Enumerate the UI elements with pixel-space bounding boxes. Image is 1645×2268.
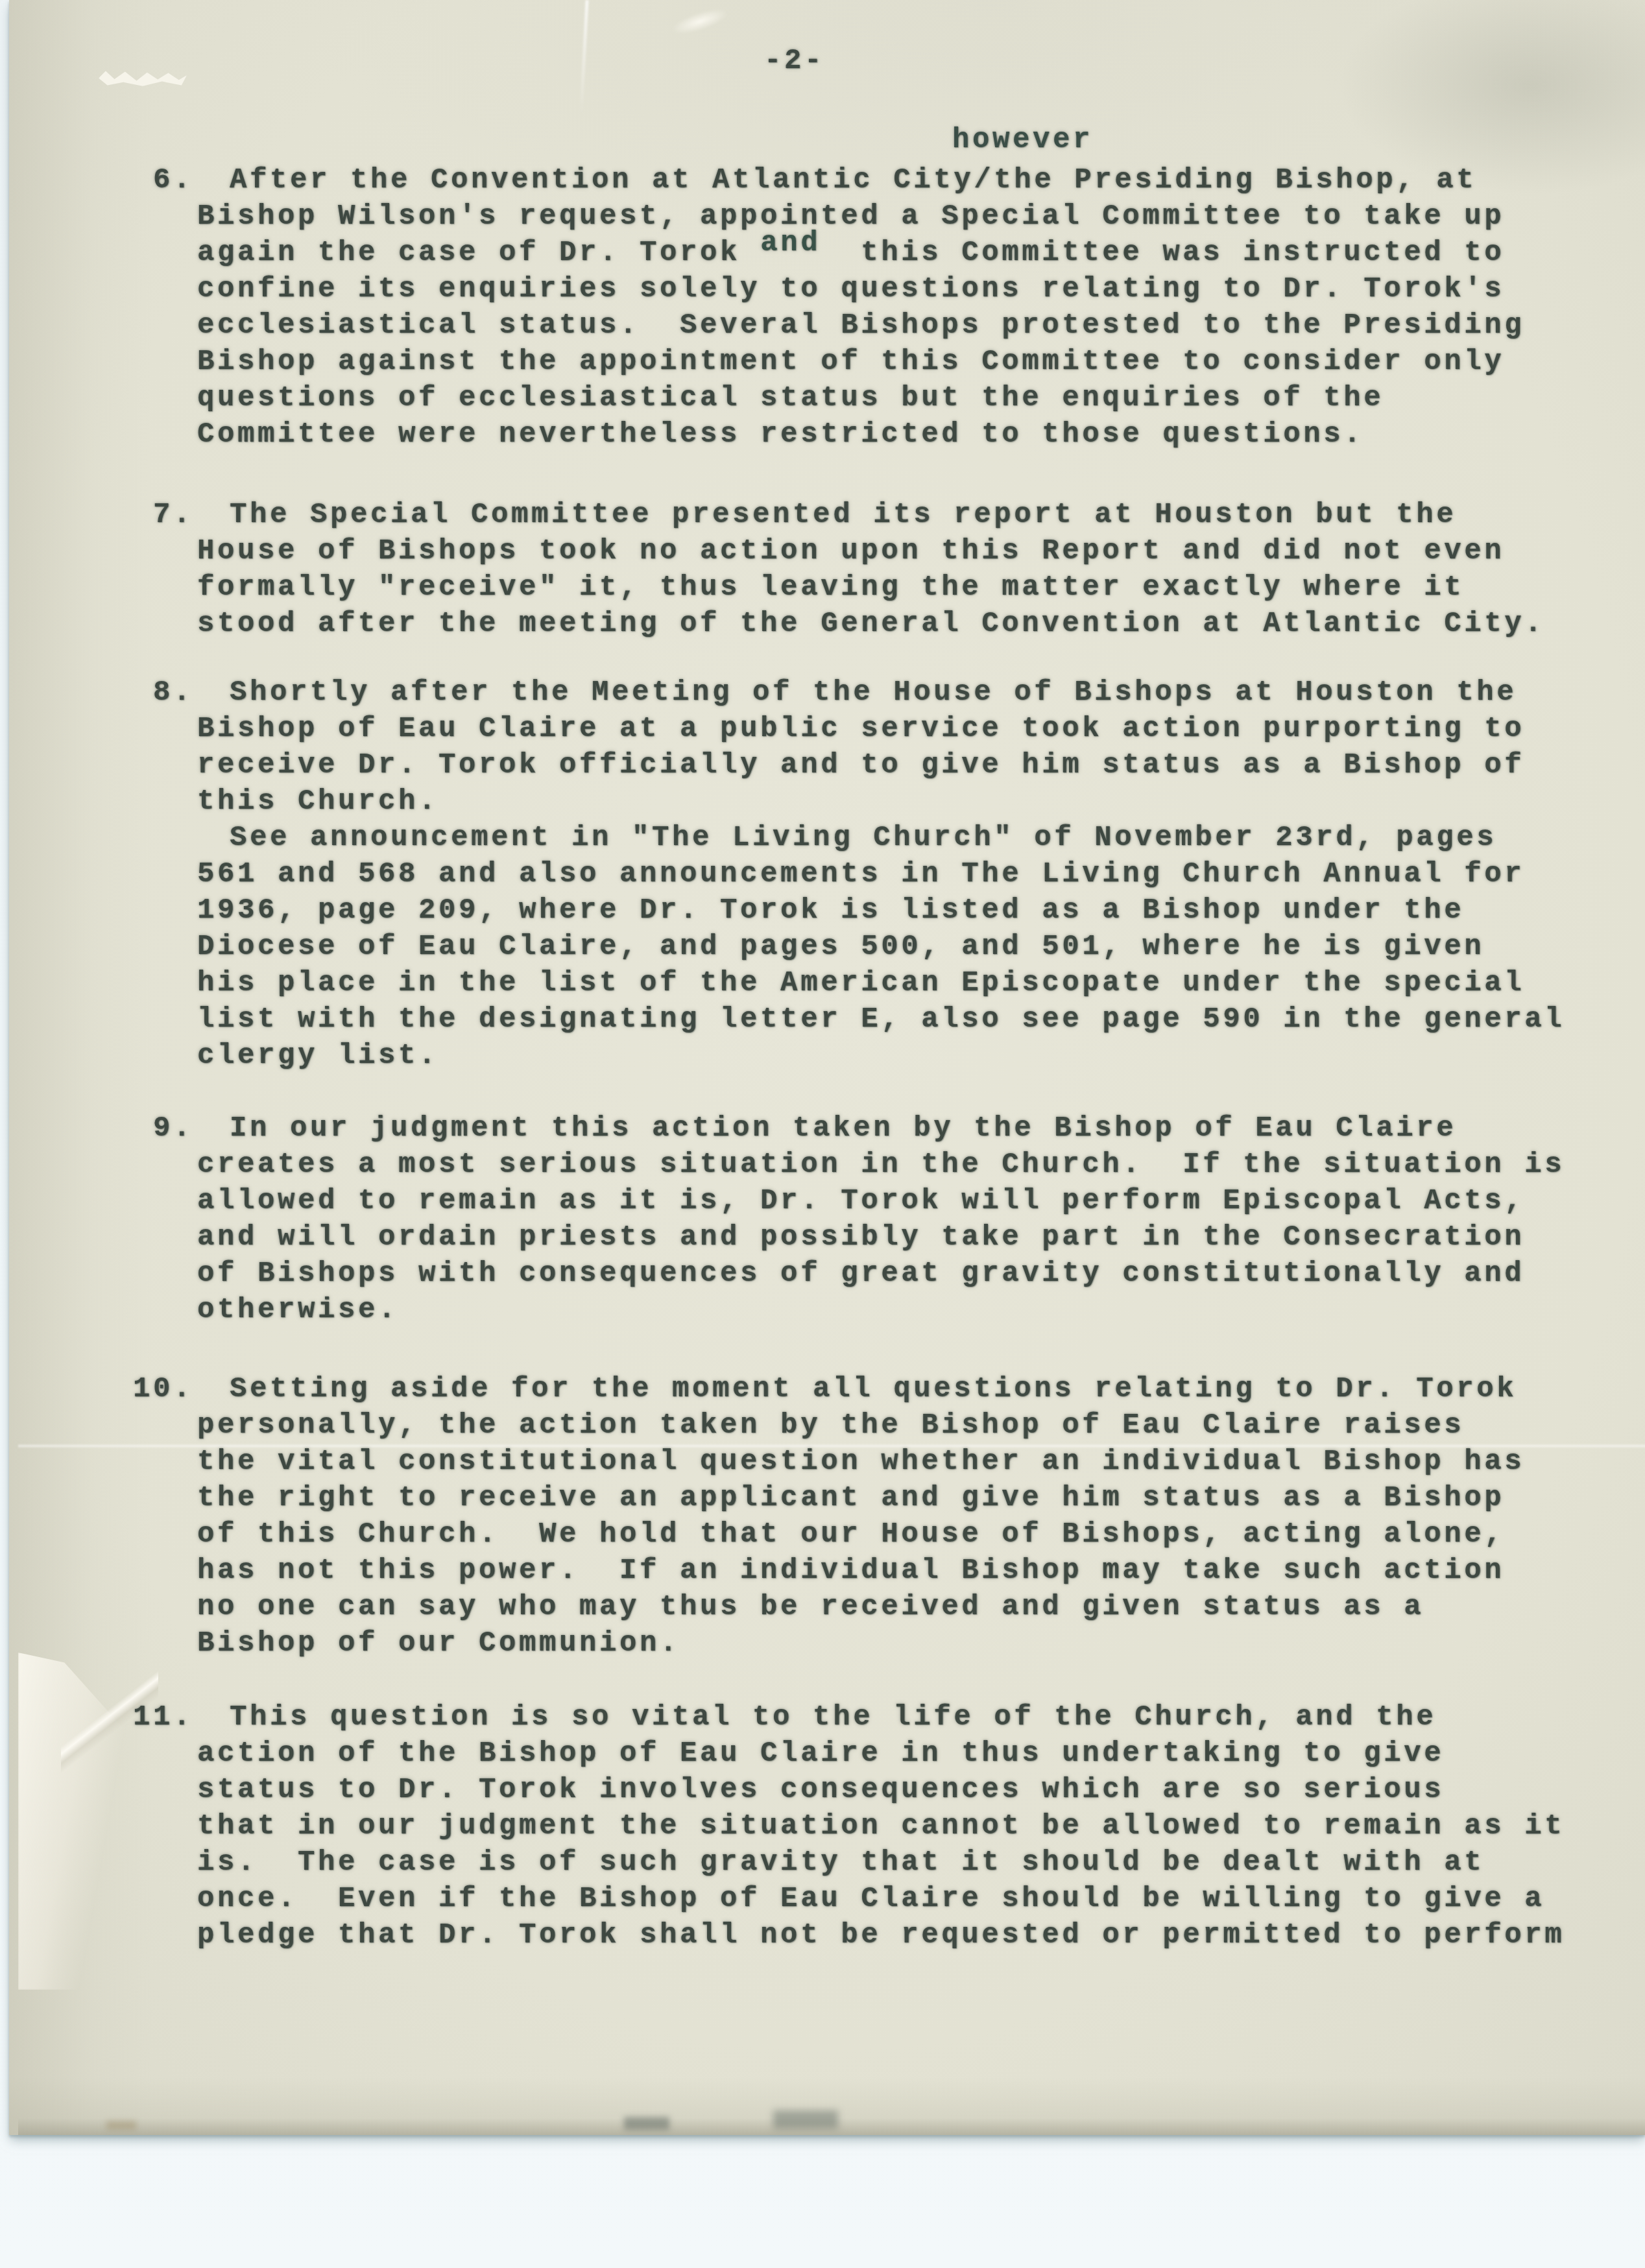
line-text: his place in the list of the American Ep… — [197, 967, 1524, 999]
paragraph-10: 10.Setting aside for the moment all ques… — [128, 1371, 1620, 1662]
paragraph-line: Bishop Wilson's request, appointed a Spe… — [197, 198, 1620, 235]
paragraph-line: of this Church. We hold that our House o… — [197, 1516, 1620, 1553]
paragraph-line: is. The case is of such gravity that it … — [197, 1844, 1620, 1881]
paragraph-line: Setting aside for the moment all questio… — [197, 1371, 1620, 1407]
line-text: again the case of Dr. Torok — [197, 237, 760, 269]
line-text: creates a most serious situation in the … — [197, 1149, 1565, 1181]
paragraph-line: status to Dr. Torok involves consequence… — [197, 1772, 1620, 1808]
paragraph-line: the right to receive an applicant and gi… — [197, 1480, 1620, 1516]
paragraph-line: personally, the action taken by the Bish… — [197, 1407, 1620, 1444]
line-text: House of Bishops took no action upon thi… — [197, 535, 1504, 567]
line-text: status to Dr. Torok involves consequence… — [197, 1774, 1444, 1806]
paragraph-line: pledge that Dr. Torok shall not be reque… — [197, 1917, 1620, 1953]
paragraph-line: Committee were nevertheless restricted t… — [197, 416, 1620, 453]
paragraph-lines: Shortly after the Meeting of the House o… — [197, 674, 1620, 1074]
paragraph-8: 8.Shortly after the Meeting of the House… — [128, 674, 1620, 1074]
line-text: Committee were nevertheless restricted t… — [197, 418, 1363, 451]
paragraph-line: After the Convention at Atlantic City/th… — [197, 162, 1620, 198]
line-text: and will ordain priests and possibly tak… — [197, 1221, 1524, 1254]
paragraph-line: Shortly after the Meeting of the House o… — [197, 674, 1620, 711]
line-text: Bishop of Eau Claire at a public service… — [197, 713, 1524, 745]
paragraph-line: confine its enquiries solely to question… — [197, 271, 1620, 307]
line-text: Diocese of Eau Claire, and pages 500, an… — [197, 931, 1484, 963]
paragraph-lines: Setting aside for the moment all questio… — [197, 1371, 1620, 1662]
line-text: has not this power. If an individual Bis… — [197, 1555, 1504, 1587]
paragraph-line: Diocese of Eau Claire, and pages 500, an… — [197, 929, 1620, 965]
paragraph-line: 561 and 568 and also announcements in Th… — [197, 856, 1620, 892]
line-text: formally "receive" it, thus leaving the … — [197, 571, 1464, 604]
line-text: once. Even if the Bishop of Eau Claire s… — [197, 1883, 1544, 1915]
line-text: Shortly after the Meeting of the House o… — [230, 676, 1517, 709]
line-text: the vital constitutional question whethe… — [197, 1446, 1524, 1478]
line-text: personally, the action taken by the Bish… — [197, 1409, 1464, 1442]
line-text: This question is so vital to the life of… — [230, 1701, 1436, 1734]
line-text: no one can say who may thus be received … — [197, 1591, 1424, 1623]
line-text: See announcement in "The Living Church" … — [230, 822, 1496, 854]
paragraph-line: House of Bishops took no action upon thi… — [197, 533, 1620, 569]
paragraph-line: ecclesiastical status. Several Bishops p… — [197, 307, 1620, 344]
paragraph-11: 11.This question is so vital to the life… — [128, 1699, 1620, 1953]
paragraph-number: 10. — [128, 1371, 193, 1407]
paragraph-line: that in our judgment the situation canno… — [197, 1808, 1620, 1844]
paragraph-line: In our judgment this action taken by the… — [197, 1110, 1620, 1147]
line-text: the right to receive an applicant and gi… — [197, 1482, 1504, 1514]
line-text: stood after the meeting of the General C… — [197, 608, 1544, 640]
line-text: this Church. — [197, 785, 438, 818]
paragraph-line: Bishop against the appointment of this C… — [197, 344, 1620, 380]
paragraph-lines: The Special Committee presented its repo… — [197, 497, 1620, 642]
line-text: clergy list. — [197, 1040, 438, 1072]
inserted-word-and: and — [760, 227, 821, 259]
paragraph-line: list with the designating letter E, also… — [197, 1001, 1620, 1038]
paragraph-number: 11. — [128, 1699, 193, 1736]
paragraph-line: no one can say who may thus be received … — [197, 1589, 1620, 1625]
paragraph-line: the vital constitutional question whethe… — [197, 1444, 1620, 1480]
line-text: ecclesiastical status. Several Bishops p… — [197, 309, 1524, 342]
line-text: In our judgment this action taken by the… — [230, 1112, 1456, 1145]
paragraph-line: The Special Committee presented its repo… — [197, 497, 1620, 533]
paragraph-line: clergy list. — [197, 1038, 1620, 1074]
line-text: Bishop Wilson's request, appointed a Spe… — [197, 200, 1504, 233]
line-text: otherwise. — [197, 1294, 398, 1326]
line-text: Setting aside for the moment all questio… — [230, 1373, 1517, 1405]
line-text: After the Convention at Atlantic City/th… — [230, 164, 1476, 197]
typewritten-content: -2- however 6.After the Convention at At… — [0, 0, 1645, 2135]
paragraph-line: once. Even if the Bishop of Eau Claire s… — [197, 1881, 1620, 1917]
paragraph-line: creates a most serious situation in the … — [197, 1147, 1620, 1183]
line-text: confine its enquiries solely to question… — [197, 273, 1504, 305]
line-text: Bishop against the appointment of this C… — [197, 346, 1504, 378]
paragraph-number: 6. — [128, 162, 193, 198]
line-text: receive Dr. Torok officially and to give… — [197, 749, 1524, 782]
paragraph-line: formally "receive" it, thus leaving the … — [197, 569, 1620, 606]
paragraph-lines: In our judgment this action taken by the… — [197, 1110, 1620, 1328]
paragraph-line: this Church. — [197, 783, 1620, 820]
paragraph-number: 9. — [128, 1110, 193, 1147]
paragraph-line: receive Dr. Torok officially and to give… — [197, 747, 1620, 783]
paragraph-line: allowed to remain as it is, Dr. Torok wi… — [197, 1183, 1620, 1219]
paragraph-line: of Bishops with consequences of great gr… — [197, 1256, 1620, 1292]
paragraph-number: 8. — [128, 674, 193, 711]
paragraph-line: 1936, page 209, where Dr. Torok is liste… — [197, 892, 1620, 929]
line-text: The Special Committee presented its repo… — [230, 499, 1456, 531]
line-text: 561 and 568 and also announcements in Th… — [197, 858, 1524, 890]
paragraph-line: his place in the list of the American Ep… — [197, 965, 1620, 1001]
paragraph-line: questions of ecclesiastical status but t… — [197, 380, 1620, 416]
line-text: is. The case is of such gravity that it … — [197, 1846, 1484, 1879]
paragraph-line: This question is so vital to the life of… — [197, 1699, 1620, 1736]
paragraph-line: and will ordain priests and possibly tak… — [197, 1219, 1620, 1256]
paragraph-line: stood after the meeting of the General C… — [197, 606, 1620, 642]
line-text: allowed to remain as it is, Dr. Torok wi… — [197, 1185, 1524, 1217]
line-text: action of the Bishop of Eau Claire in th… — [197, 1737, 1444, 1770]
paragraph-9: 9.In our judgment this action taken by t… — [128, 1110, 1620, 1328]
paragraph-line: has not this power. If an individual Bis… — [197, 1553, 1620, 1589]
paragraph-lines: This question is so vital to the life of… — [197, 1699, 1620, 1953]
line-text: this Committee was instructed to — [821, 237, 1504, 269]
line-text: 1936, page 209, where Dr. Torok is liste… — [197, 894, 1464, 927]
paragraph-line: Bishop of Eau Claire at a public service… — [197, 711, 1620, 747]
paragraph-line: See announcement in "The Living Church" … — [197, 820, 1620, 856]
paragraph-line: action of the Bishop of Eau Claire in th… — [197, 1736, 1620, 1772]
line-text: Bishop of our Communion. — [197, 1627, 680, 1660]
line-text: of this Church. We hold that our House o… — [197, 1518, 1504, 1551]
line-text: of Bishops with consequences of great gr… — [197, 1258, 1524, 1290]
paragraph-number: 7. — [128, 497, 193, 533]
paragraph-7: 7.The Special Committee presented its re… — [128, 497, 1620, 642]
paragraph-6: 6.After the Convention at Atlantic City/… — [128, 162, 1620, 453]
line-text: list with the designating letter E, also… — [197, 1003, 1565, 1036]
paragraph-line: Bishop of our Communion. — [197, 1625, 1620, 1662]
paragraph-lines: After the Convention at Atlantic City/th… — [197, 162, 1620, 453]
line-text: pledge that Dr. Torok shall not be reque… — [197, 1919, 1565, 1952]
paragraph-line: again the case of Dr. Torok and this Com… — [197, 235, 1620, 271]
inserted-word-however: however — [952, 122, 1093, 158]
line-text: questions of ecclesiastical status but t… — [197, 382, 1384, 414]
line-text: that in our judgment the situation canno… — [197, 1810, 1565, 1843]
paragraph-line: otherwise. — [197, 1292, 1620, 1328]
page-number: -2- — [764, 43, 824, 79]
